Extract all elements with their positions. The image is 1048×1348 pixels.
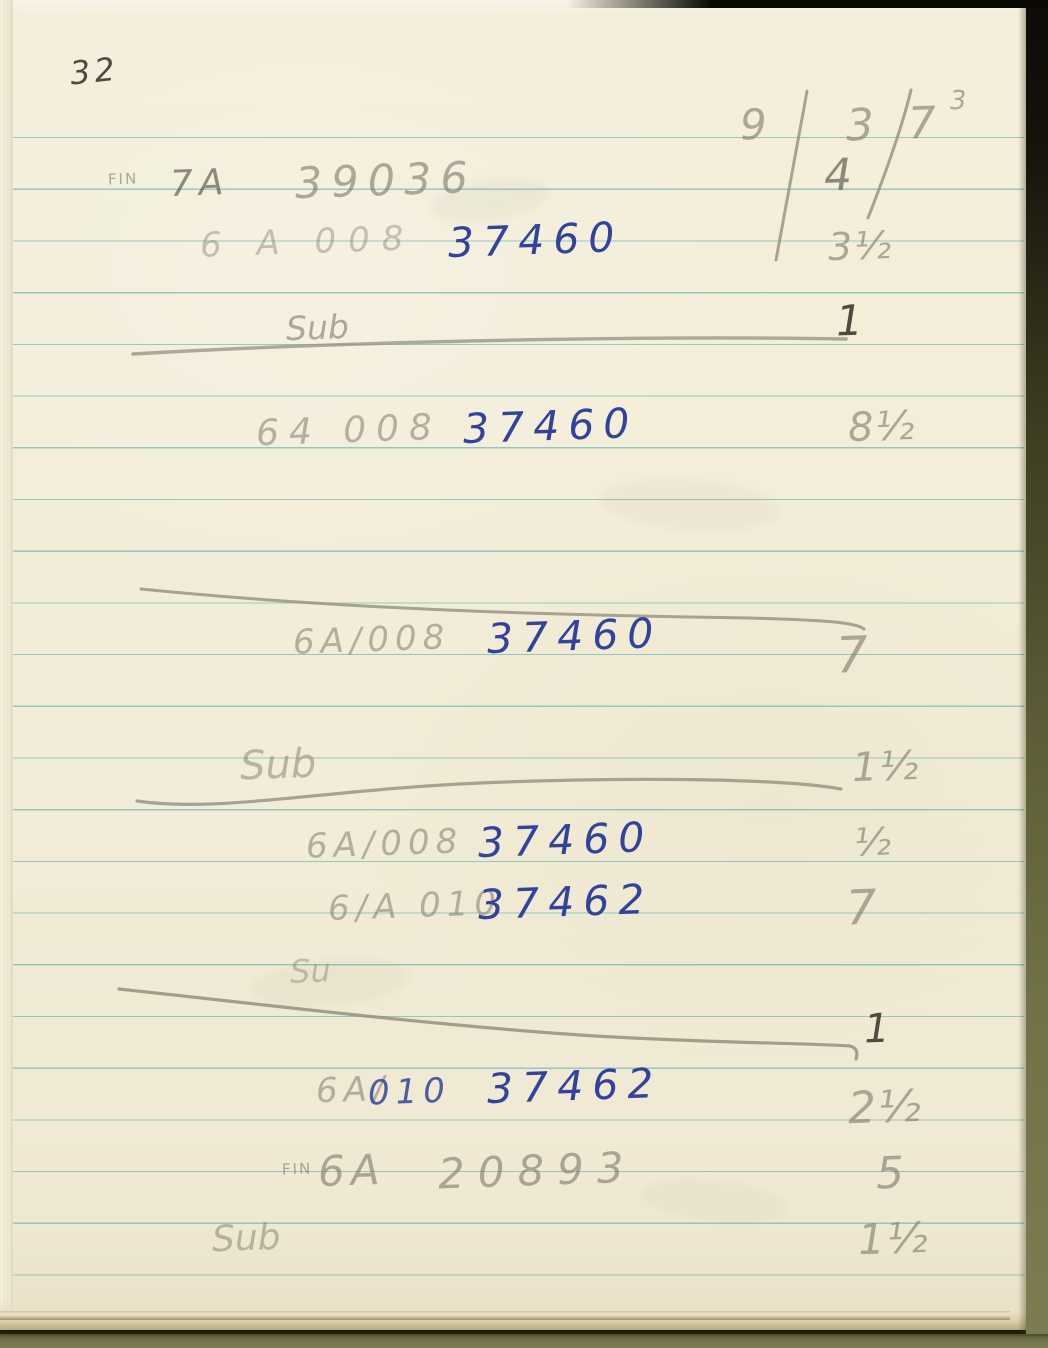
sub-value: 1 <box>835 296 865 346</box>
entry-number: 37462 <box>486 1059 663 1113</box>
entry-value: 8½ <box>847 403 917 451</box>
sub-value: 1½ <box>857 1213 930 1264</box>
entry-code-overwrite: 010 <box>367 1071 451 1114</box>
entry-value: 7 <box>835 625 871 684</box>
paper-sheet: 32 9 3 7 3 4 FIN 7A 39036 6 A 008 37460 … <box>0 0 1026 1330</box>
sub-label: Su <box>289 951 331 990</box>
entry-value: ½ <box>853 819 893 864</box>
entry-prefix: FIN <box>108 169 139 188</box>
entry-number: 37460 <box>477 813 654 867</box>
ruled-lines <box>13 137 1024 1323</box>
entry-value: 7 <box>845 879 879 936</box>
entry-number: 37462 <box>477 875 654 929</box>
sub-value: 1½ <box>851 743 921 791</box>
entry-prefix: FIN <box>282 1159 313 1178</box>
sub-label: Sub <box>211 1217 281 1260</box>
page-right-shadow <box>1018 0 1026 1348</box>
entry-number: 37460 <box>447 213 624 267</box>
sub-value: 1 <box>863 1006 892 1053</box>
scan-background-bottom <box>0 1334 1048 1348</box>
date-year-ones: 3 <box>949 86 967 117</box>
date-month-alt: 4 <box>823 150 853 202</box>
entry-value: 5 <box>875 1147 907 1199</box>
entry-code: 7A <box>169 162 230 205</box>
entry-number: 37460 <box>486 609 663 663</box>
page-number: 32 <box>68 50 120 93</box>
sub-label: Sub <box>285 307 349 348</box>
date-month: 3 <box>845 100 875 152</box>
entry-value: 2½ <box>847 1081 923 1135</box>
scan-background-top <box>566 0 1048 8</box>
entry-number: 37460 <box>462 399 639 453</box>
sub-label: Sub <box>239 741 317 790</box>
entry-code: 6A/008 <box>292 617 451 662</box>
entry-code: 6/A 010 <box>327 883 502 929</box>
entry-value: 3½ <box>827 223 894 269</box>
entry-code: 6A/008 <box>305 821 464 866</box>
entry-code: 6A <box>317 1145 386 1196</box>
entry-number: 39036 <box>294 153 477 209</box>
scan-background-right <box>1026 0 1048 1348</box>
date-day: 9 <box>739 100 767 150</box>
entry-code: 64 008 <box>255 407 442 454</box>
entry-number: 20893 <box>437 1143 637 1199</box>
entry-code: 6 A 008 <box>199 218 416 265</box>
paper-left-edge <box>0 0 13 1330</box>
date-year-tens: 7 <box>907 98 937 150</box>
scanned-notebook-page: 32 9 3 7 3 4 FIN 7A 39036 6 A 008 37460 … <box>0 0 1048 1348</box>
page-stack-edge <box>0 1311 1010 1320</box>
